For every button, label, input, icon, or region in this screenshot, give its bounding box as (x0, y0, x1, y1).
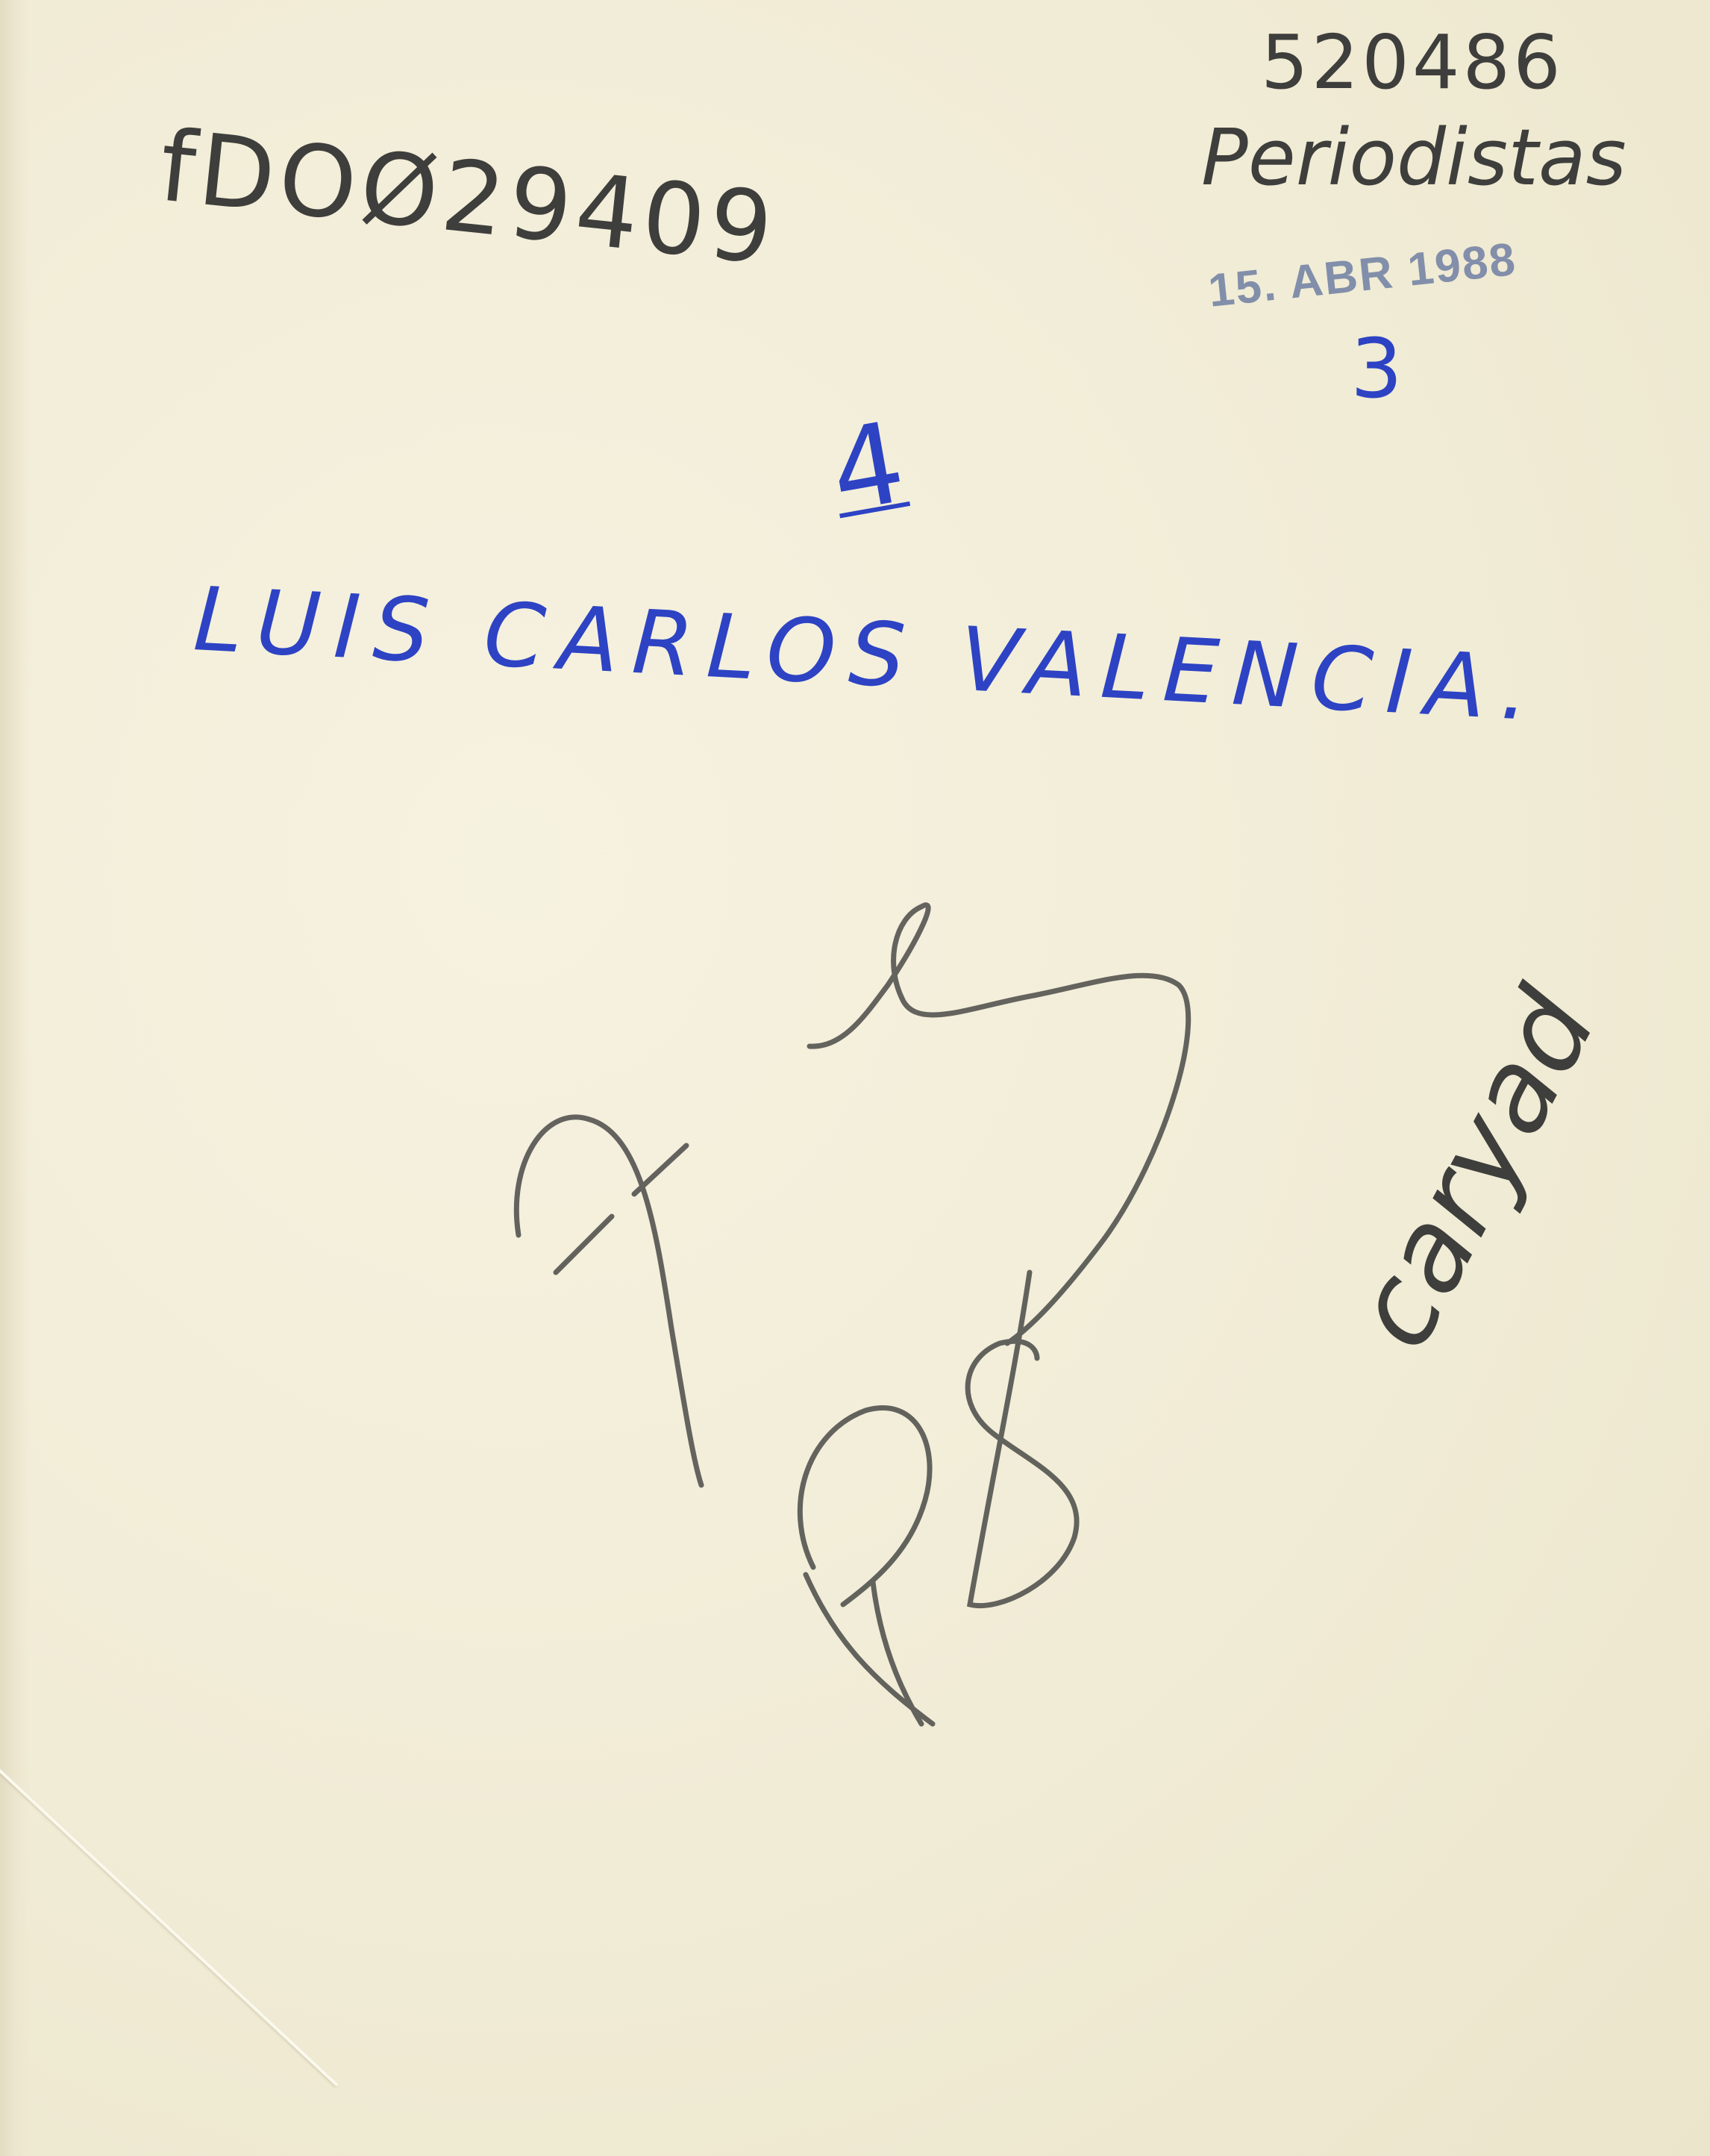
crop-mark-loop (809, 905, 1188, 1343)
pencil-crop-marks (0, 0, 1710, 2156)
crop-mark-8 (968, 1272, 1077, 1606)
crop-mark-P (800, 1408, 933, 1724)
crop-mark-7 (516, 1117, 701, 1485)
